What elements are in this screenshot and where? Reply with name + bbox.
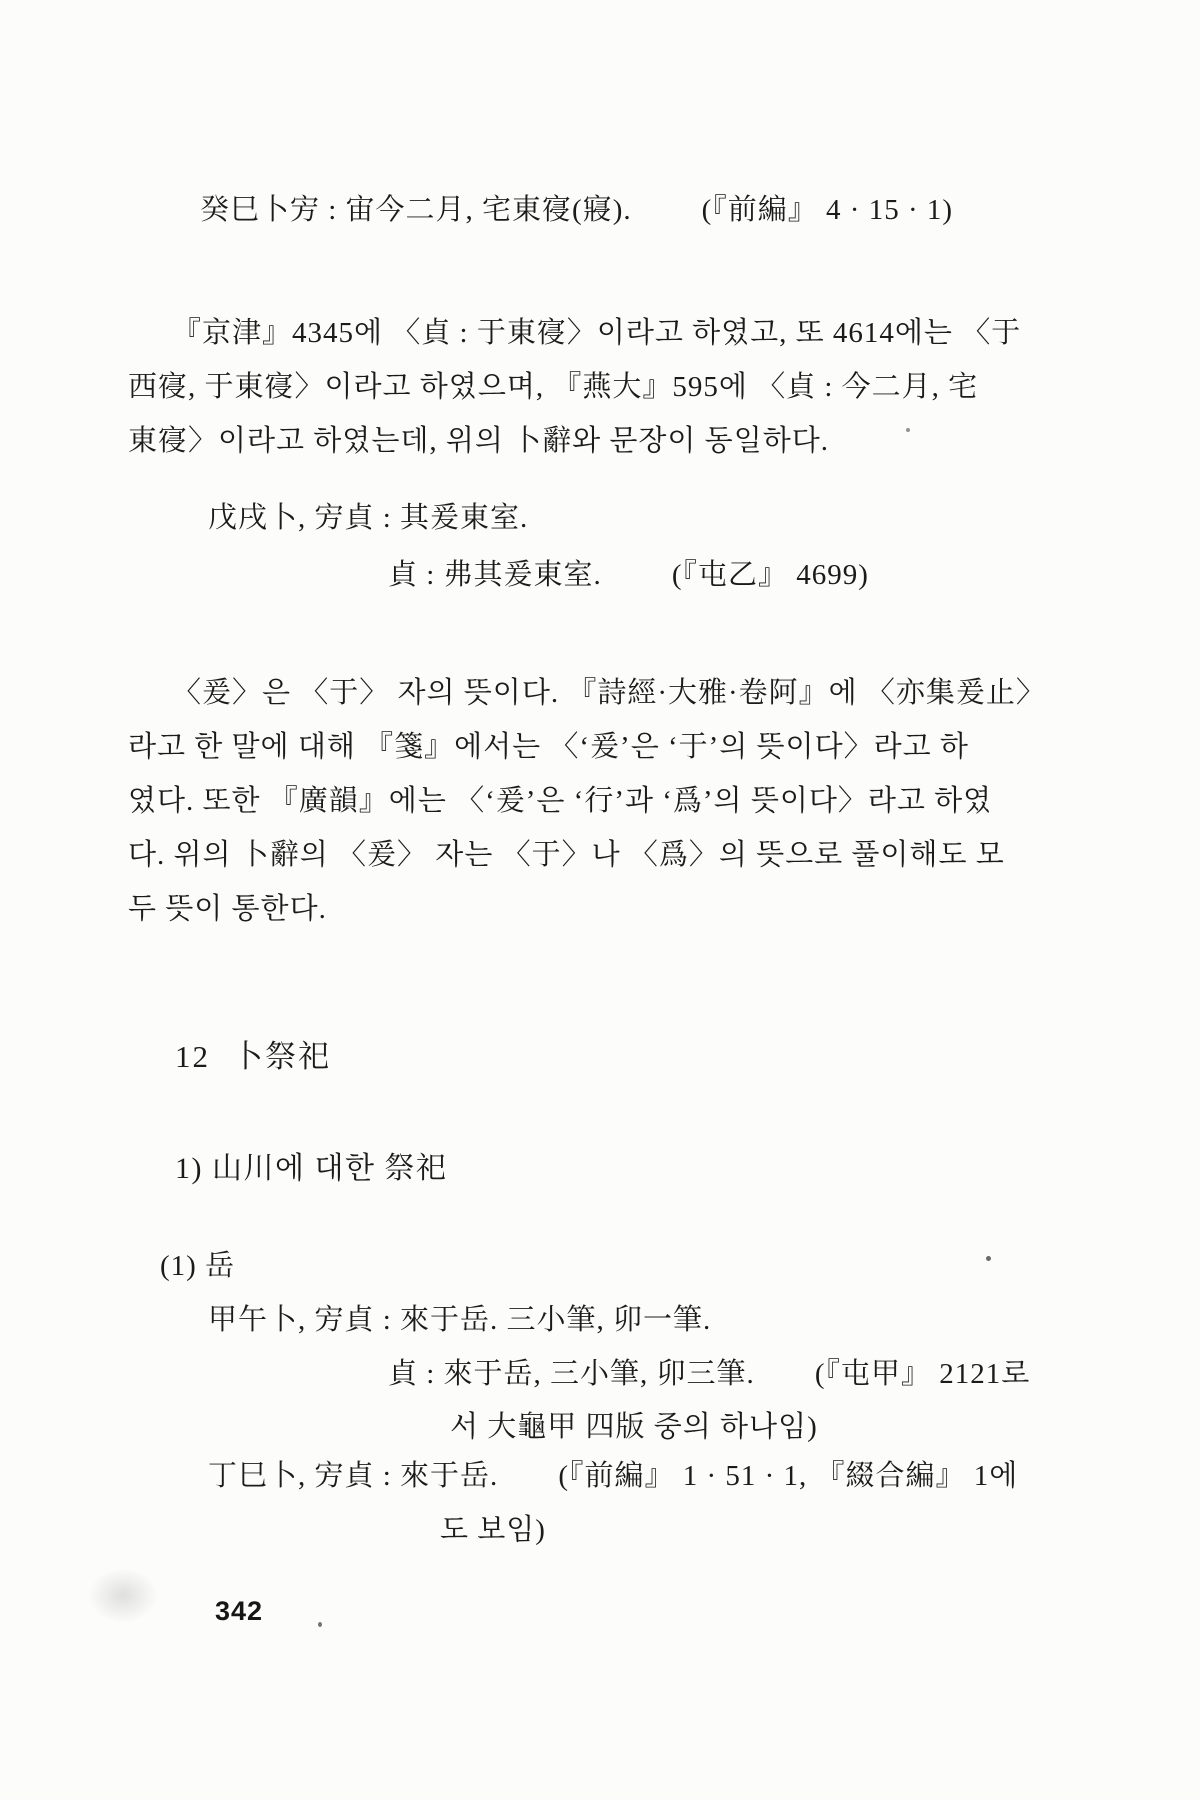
scan-speck [318, 1622, 322, 1627]
inscription-3-line-5: 도 보임) [440, 1512, 546, 1548]
paragraph-2-line-1: 〈爰〉은 〈于〉 자의 뜻이다. 『詩經·大雅·卷阿』에 〈亦集爰止〉 [172, 675, 1046, 711]
section-heading: 12卜祭祀 [175, 1038, 331, 1077]
paragraph-2-line-5: 두 뜻이 통한다. [128, 891, 327, 927]
scan-smudge [88, 1568, 158, 1623]
inscription-1-citation: (『前編』 4 · 15 · 1) [702, 192, 953, 228]
subsection-heading: 1) 山川에 대한 祭祀 [175, 1150, 447, 1188]
scan-speck [986, 1256, 991, 1261]
inscription-3-line-2: 貞 : 來于岳, 三小筆, 卯三筆.(『屯甲』 2121로 [388, 1356, 1030, 1392]
item-heading: (1) 岳 [160, 1248, 235, 1284]
inscription-3-line-4-text: 丁巳卜, 㝑貞 : 來于岳. [208, 1460, 498, 1492]
inscription-2-citation: (『屯乙』 4699) [672, 557, 869, 593]
inscription-2-line-1: 戊戌卜, 㝑貞 : 其爰東室. [208, 500, 528, 536]
inscription-1-line: 癸巳卜㝑 : 宙今二月, 宅東寑(寢).(『前編』 4 · 15 · 1) [200, 192, 953, 228]
section-number: 12 [175, 1039, 210, 1074]
paragraph-1-line-1: 『京津』4345에 〈貞 : 于東寑〉이라고 하였고, 또 4614에는 〈于 [172, 315, 1021, 351]
paragraph-2-line-4: 다. 위의 卜辭의 〈爰〉 자는 〈于〉나 〈爲〉의 뜻으로 풀이해도 모 [128, 837, 1005, 873]
inscription-3-line-2-citation: (『屯甲』 2121로 [815, 1356, 1030, 1392]
inscription-3-line-4: 丁巳卜, 㝑貞 : 來于岳.(『前編』 1 · 51 · 1, 『綴合編』 1에 [208, 1458, 1018, 1494]
paragraph-2-line-3: 였다. 또한 『廣韻』에는 〈‘爰’은 ‘行’과 ‘爲’의 뜻이다〉라고 하였 [128, 783, 992, 819]
page-number: 342 [215, 1596, 263, 1627]
scan-speck [906, 428, 910, 432]
inscription-2-line-2: 貞 : 弗其爰東室.(『屯乙』 4699) [388, 557, 869, 593]
inscription-3-line-4-citation: (『前編』 1 · 51 · 1, 『綴合編』 1에 [558, 1458, 1018, 1494]
inscription-2-text: 貞 : 弗其爰東室. [388, 559, 602, 591]
paragraph-2-line-2: 라고 한 말에 대해 『箋』에서는 〈‘爰’은 ‘于’의 뜻이다〉라고 하 [128, 729, 969, 765]
section-title: 卜祭祀 [232, 1039, 331, 1074]
paragraph-1-line-3: 東寑〉이라고 하였는데, 위의 卜辭와 문장이 동일하다. [128, 423, 829, 459]
inscription-3-line-1: 甲午卜, 㝑貞 : 來于岳. 三小筆, 卯一筆. [208, 1302, 711, 1338]
paragraph-1-line-2: 西寑, 于東寑〉이라고 하였으며, 『燕大』595에 〈貞 : 今二月, 宅 [128, 369, 978, 405]
scanned-book-page: 癸巳卜㝑 : 宙今二月, 宅東寑(寢).(『前編』 4 · 15 · 1) 『京… [0, 0, 1200, 1800]
inscription-3-line-2-text: 貞 : 來于岳, 三小筆, 卯三筆. [388, 1358, 755, 1390]
inscription-1-text: 癸巳卜㝑 : 宙今二月, 宅東寑(寢). [200, 194, 632, 226]
inscription-3-line-3: 서 大龜甲 四版 중의 하나임) [450, 1409, 818, 1445]
